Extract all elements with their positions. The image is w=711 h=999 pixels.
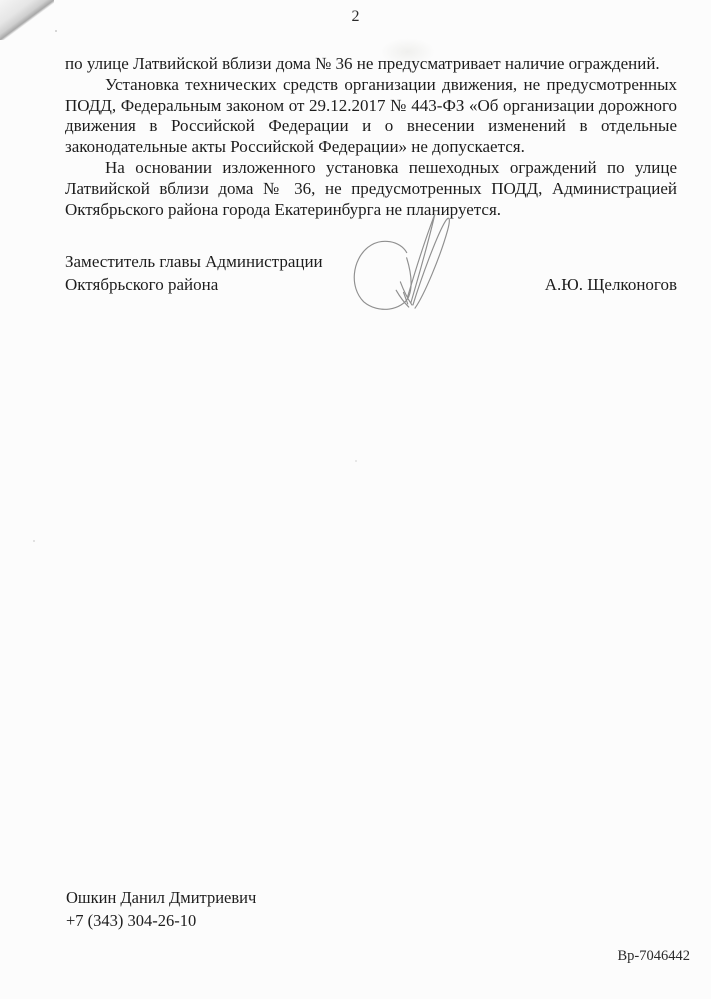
executor-contact: Ошкин Данил Дмитриевич +7 (343) 304-26-1…	[66, 886, 256, 932]
signer-position-title: Заместитель главы Администрации Октябрьс…	[65, 251, 377, 296]
executor-name: Ошкин Данил Дмитриевич	[66, 886, 256, 909]
document-body: по улице Латвийской вблизи дома № 36 не …	[65, 54, 677, 220]
handwritten-signature-icon	[348, 206, 458, 318]
signer-name: А.Ю. Щелконогов	[545, 274, 677, 297]
scanned-document-page: 2 по улице Латвийской вблизи дома № 36 н…	[0, 0, 711, 999]
body-paragraph: по улице Латвийской вблизи дома № 36 не …	[65, 54, 677, 75]
scan-speck	[55, 30, 57, 32]
body-paragraph: Установка технических средств организаци…	[65, 75, 677, 158]
executor-phone: +7 (343) 304-26-10	[66, 909, 256, 932]
document-code: Вр-7046442	[618, 948, 691, 965]
page-number: 2	[0, 8, 711, 26]
